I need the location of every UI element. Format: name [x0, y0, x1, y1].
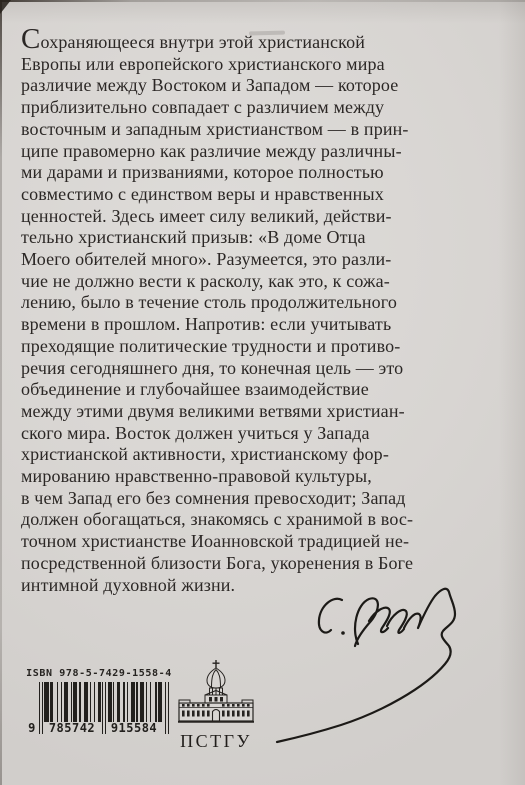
blurb-line: в чем Запад его без сомнения превосходит…: [21, 488, 461, 510]
barcode-bar: [50, 682, 53, 722]
blurb-line: тельно христианский призыв: «В доме Отца: [21, 227, 461, 249]
publisher-logo-block: ПСТГУ: [176, 659, 256, 752]
barcode-bar: [127, 682, 128, 722]
barcode-bar: [105, 682, 106, 734]
barcode-bar: [150, 682, 151, 722]
barcode-bar: [146, 682, 147, 722]
blurb-line: Европы или европейского христианского ми…: [21, 54, 461, 76]
barcode-bar: [140, 682, 144, 722]
blurb-line: восточным и западным христианством — в п…: [21, 119, 461, 141]
blurb-line-text: охраняющееся внутри этой христианской: [41, 32, 366, 52]
barcode-bar: [64, 682, 68, 722]
blurb-line: совместимо с единством веры и нравственн…: [21, 184, 461, 206]
blurb-line: речия сегодняшнего дня, то конечная цель…: [21, 358, 461, 380]
barcode-bar: [165, 682, 166, 734]
barcode-bar: [57, 682, 58, 722]
blurb-line: между этими двумя великими ветвями христ…: [21, 401, 461, 423]
barcode-left-digits: 785742: [45, 721, 99, 735]
blurb-line: ципе правомерно как различие между разли…: [21, 141, 461, 163]
barcode-bar: [155, 682, 156, 722]
barcode-bar: [131, 682, 135, 722]
barcode-bar: [158, 682, 162, 722]
photo-top-edge: [0, 0, 525, 2]
author-signature: [263, 576, 475, 752]
barcode-bar: [94, 682, 95, 722]
isbn-block: ISBN 978-5-7429-1558-4 9 785742 915584: [26, 668, 172, 735]
barcode-bar: [117, 682, 120, 722]
barcode-bar: [123, 682, 126, 722]
blurb-line: посредственной близости Бога, укоренения…: [21, 553, 461, 575]
barcode-bar: [108, 682, 112, 722]
barcode-bar: [102, 682, 103, 734]
barcode-bar: [61, 682, 62, 722]
barcode-bar: [98, 682, 101, 722]
pstgu-building-icon: [176, 659, 256, 725]
blurb-line: должен обогащаться, знакомясь с хранимой…: [21, 509, 461, 531]
blurb-line: лению, было в течение столь продолжитель…: [21, 292, 461, 314]
barcode-bar: [90, 682, 91, 722]
barcode-bar: [42, 682, 43, 734]
barcode-bar: [44, 682, 48, 722]
blurb-line: точном христианстве Иоанновской традицие…: [21, 531, 461, 553]
blurb-line: мированию нравственно-правовой культуры,: [21, 466, 461, 488]
blurb-line: преходящие политические трудности и прот…: [21, 336, 461, 358]
barcode-bar: [39, 682, 40, 734]
blurb-line: Моего обителей много». Разумеется, это р…: [21, 249, 461, 271]
blurb-line: христианской активности, христианскому ф…: [21, 444, 461, 466]
blurb-line: времени в прошлом. Напротив: если учитыв…: [21, 314, 461, 336]
barcode-bar: [113, 682, 114, 722]
barcode-bar: [168, 682, 169, 734]
ean13-barcode: 9 785742 915584: [39, 682, 169, 735]
barcode-bar: [136, 682, 137, 722]
isbn-label: ISBN 978-5-7429-1558-4: [26, 668, 172, 679]
barcode-bar: [84, 682, 88, 722]
book-back-cover: Сохраняющееся внутри этой христианской Е…: [0, 0, 525, 785]
barcode-first-digit: 9: [26, 721, 38, 735]
barcode-bar: [79, 682, 82, 722]
publisher-name: ПСТГУ: [176, 731, 256, 752]
blurb-line: ценностей. Здесь имеет силу великий, дей…: [21, 206, 461, 228]
blurb-line: различие между Востоком и Западом — кото…: [21, 75, 461, 97]
blurb-line: ми дарами и призваниями, которое полност…: [21, 162, 461, 184]
blurb-line: объединение и глубочайшее взаимодействие: [21, 379, 461, 401]
barcode-bar: [73, 682, 77, 722]
photo-left-edge: [0, 0, 2, 785]
blurb-text: Сохраняющееся внутри этой христианской Е…: [21, 29, 461, 596]
blurb-line: Сохраняющееся внутри этой христианской: [21, 29, 461, 54]
drop-cap: С: [21, 23, 41, 55]
blurb-line: приблизительно совпадает с различием меж…: [21, 97, 461, 119]
barcode-right-digits: 915584: [107, 721, 161, 735]
photo-corner-mark: [0, 0, 11, 14]
blurb-line: чие не должно вести к расколу, как это, …: [21, 271, 461, 293]
blurb-line: ского мира. Восток должен учиться у Запа…: [21, 423, 461, 445]
barcode-bar: [71, 682, 72, 722]
